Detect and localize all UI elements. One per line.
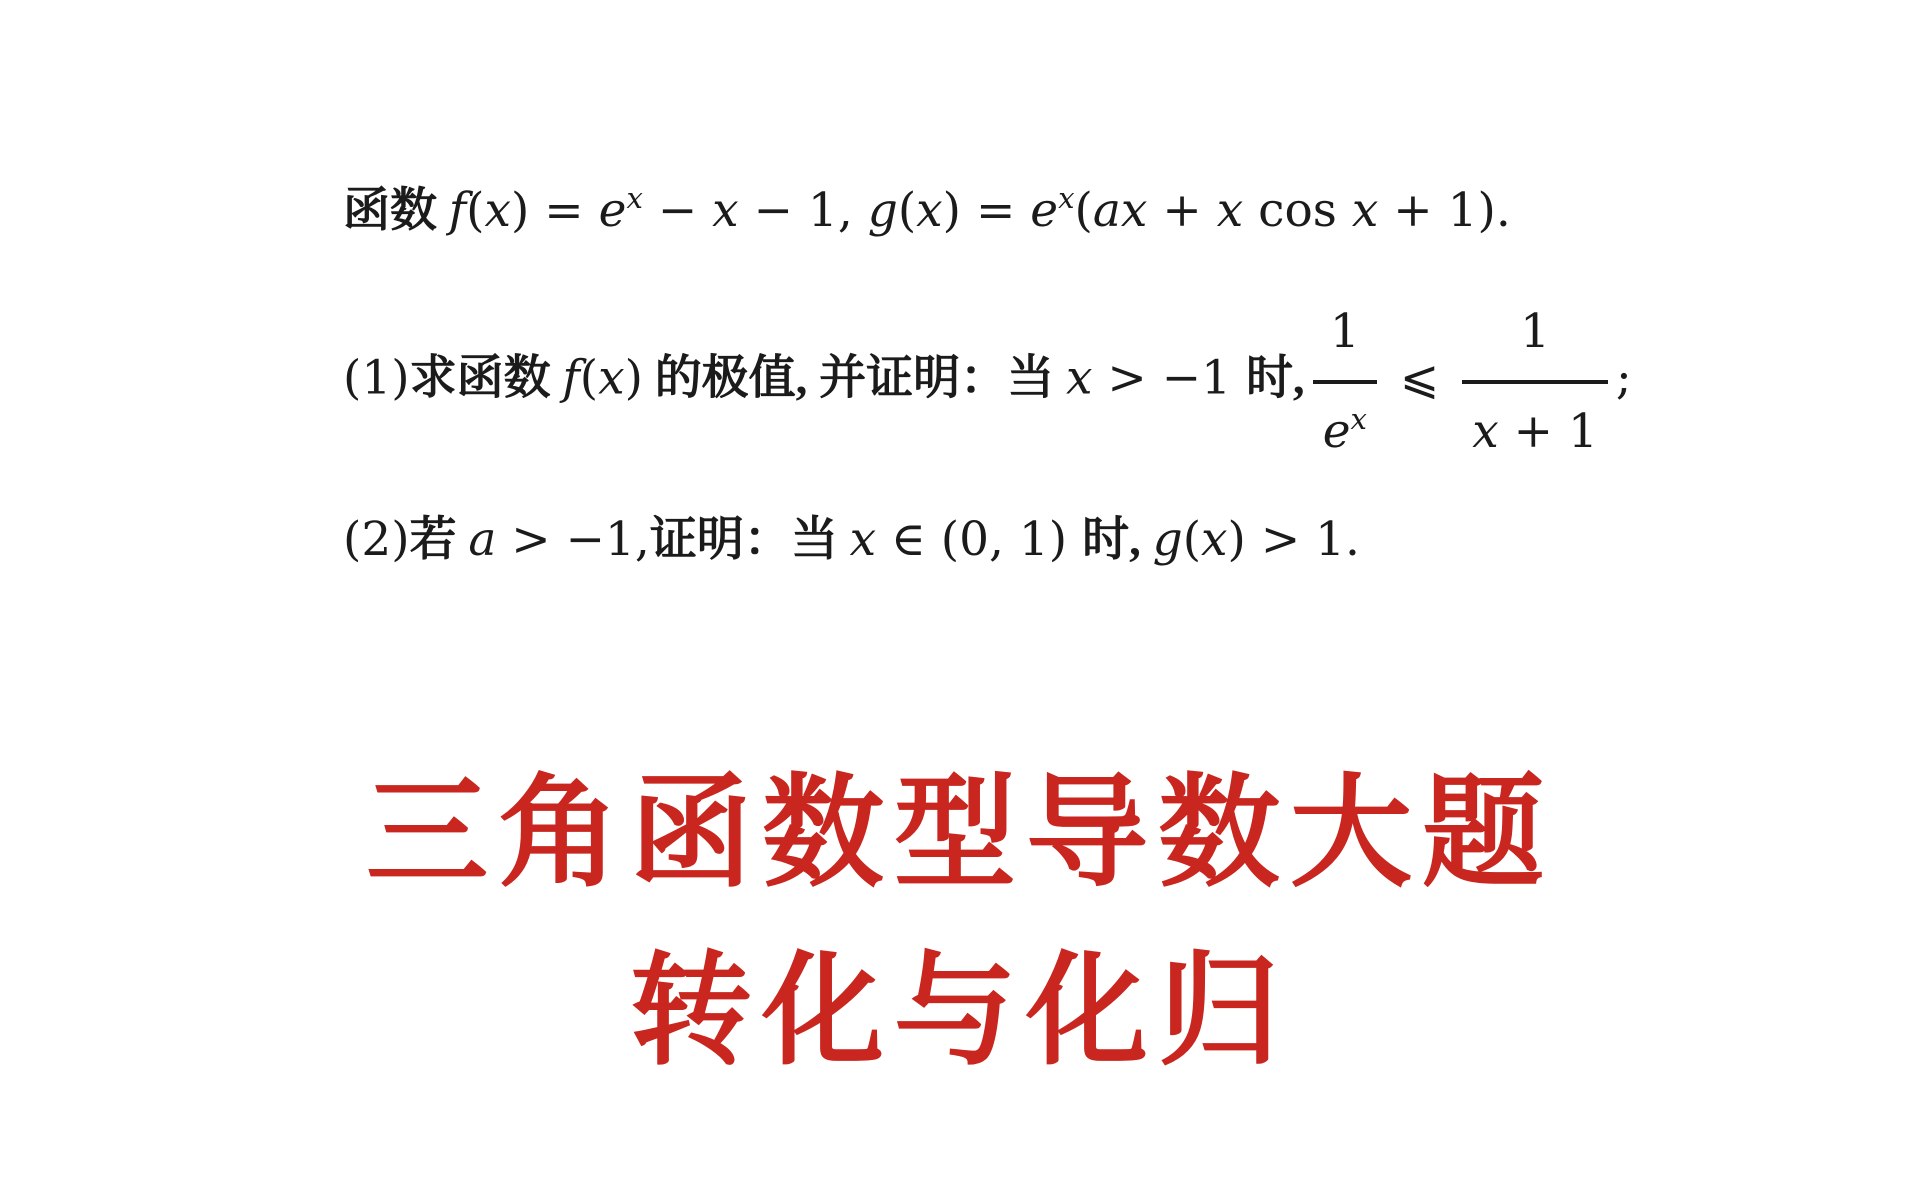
math-text: ( xyxy=(1075,183,1093,238)
math-text: + 1 xyxy=(1499,404,1598,459)
math-text: x xyxy=(1472,404,1499,459)
math-text: x xyxy=(850,512,877,567)
fraction-denominator: x + 1 xyxy=(1462,384,1608,458)
math-text: x xyxy=(1217,183,1244,238)
math-text: 1 xyxy=(1520,304,1550,359)
math-text: 证明：当 xyxy=(650,514,850,566)
math-text: x xyxy=(712,183,739,238)
math-text: ) = xyxy=(511,183,599,238)
math-text: ( xyxy=(1183,512,1201,567)
math-text: ) = xyxy=(943,183,1031,238)
problem-part-1: (1)求函数 f(x) 的极值, 并证明：当 x > −1 时,1ex ⩽ 1x… xyxy=(343,306,1632,457)
math-text: − 1, xyxy=(739,183,868,238)
math-text: ; xyxy=(1616,351,1632,406)
math-text: 1 xyxy=(1330,304,1360,359)
math-text: x xyxy=(598,351,625,406)
math-text: 的极值, 并证明：当 xyxy=(643,353,1066,405)
math-text: 函数 xyxy=(343,185,449,237)
math-text: a xyxy=(468,512,496,567)
fraction-denominator: ex xyxy=(1313,384,1377,458)
math-text: x xyxy=(916,183,943,238)
math-text: x xyxy=(1352,183,1379,238)
fraction: 1x + 1 xyxy=(1462,306,1608,457)
math-text: x xyxy=(1351,402,1367,436)
math-text: + 1). xyxy=(1378,183,1510,238)
math-text: > −1 xyxy=(1092,351,1245,406)
problem-statement-line: 函数 f(x) = ex − x − 1, g(x) = ex(ax + x c… xyxy=(343,182,1511,241)
math-text: x xyxy=(1058,181,1074,215)
math-text: 求函数 xyxy=(410,353,563,405)
math-text: f xyxy=(449,183,466,238)
red-title-line-2: 转化与化归 xyxy=(0,950,1920,1072)
superscript: x xyxy=(626,181,642,215)
superscript: x xyxy=(1058,181,1074,215)
math-text: ) xyxy=(625,351,643,406)
math-text: > −1, xyxy=(496,512,649,567)
math-text: x xyxy=(1201,512,1228,567)
math-text: ( xyxy=(898,183,916,238)
math-text: − xyxy=(643,183,712,238)
math-text: cos xyxy=(1243,183,1352,238)
math-text: 时, xyxy=(1082,514,1153,566)
fraction-numerator: 1 xyxy=(1510,306,1560,380)
math-text: ( xyxy=(580,351,598,406)
fraction-numerator: 1 xyxy=(1320,306,1370,380)
math-text: e xyxy=(1030,183,1058,238)
math-text: x xyxy=(1066,351,1093,406)
math-text: ∈ (0, 1) xyxy=(876,512,1082,567)
superscript: x xyxy=(1351,402,1367,436)
fraction: 1ex xyxy=(1313,306,1377,457)
math-text: f xyxy=(562,351,579,406)
problem-part-2: (2)若 a > −1,证明：当 x ∈ (0, 1) 时, g(x) > 1. xyxy=(343,511,1360,570)
math-text: g xyxy=(1153,512,1183,567)
math-text: e xyxy=(599,183,627,238)
math-text: g xyxy=(868,183,898,238)
math-text: + xyxy=(1147,183,1216,238)
math-text: ( xyxy=(466,183,484,238)
math-text: ) > 1. xyxy=(1228,512,1360,567)
math-text: x xyxy=(485,183,512,238)
math-text: (2) xyxy=(343,512,410,567)
math-text: (1) xyxy=(343,351,410,406)
math-text: 若 xyxy=(410,514,469,566)
math-text: ⩽ xyxy=(1385,351,1454,406)
math-text: e xyxy=(1323,404,1351,459)
math-text: x xyxy=(626,181,642,215)
red-title-line-1: 三角函数型导数大题 xyxy=(0,772,1920,894)
math-text: 时, xyxy=(1246,353,1305,405)
math-text: ax xyxy=(1093,183,1148,238)
